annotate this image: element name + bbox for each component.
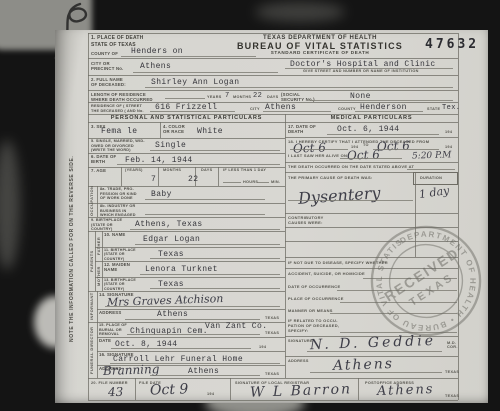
file-number-value: 43: [108, 385, 124, 400]
institution-note: GIVE STREET AND NUMBER OR NAME OF INSTIT…: [303, 69, 419, 73]
mother-maiden-value: Lenora Turknet: [145, 265, 218, 274]
blank-line: [165, 98, 205, 99]
birthplace-value: Athens, Texas: [135, 220, 203, 229]
trade-label: 8a. TRADE, PRO- FESSION OR KIND OF WORK …: [100, 187, 137, 201]
last-saw-date-value: Oct 6: [347, 147, 380, 162]
grid-line: [88, 75, 458, 76]
blank-line: [310, 372, 442, 373]
grid-line: [285, 114, 286, 378]
blank-line: [290, 149, 348, 150]
medical-particulars-bar: MEDICAL PARTICULARS: [285, 115, 458, 121]
blank-line: [117, 164, 280, 165]
grid-line: [88, 58, 458, 59]
funeral-director-strip: FUNERAL DIRECTOR: [89, 323, 94, 377]
age-min-label: MIN.: [271, 180, 280, 184]
form-border-bottom: [88, 400, 458, 401]
reverse-side-note: NOTE THE INFORMATION CALLED FOR ON THE R…: [69, 102, 75, 342]
blank-line: [127, 334, 260, 335]
full-name-label: 2. FULL NAME OF DECEASED:: [91, 77, 126, 88]
grid-line: [88, 378, 458, 379]
mother-maiden-label: 12. MAIDEN NAME: [104, 262, 130, 273]
father-name-value: Edgar Logan: [143, 235, 200, 244]
age-years-label: (YEARS): [125, 168, 143, 172]
texas-small-label: TEXAS: [265, 316, 279, 320]
informant-address-label: ADDRESS: [99, 310, 121, 315]
residence-label: RESIDENCE OF ( STREET THE DECEASED ( AND…: [91, 104, 144, 113]
physician-address-label: ADDRESS: [288, 359, 309, 363]
county-small-label: COUNTY: [338, 107, 356, 111]
blank-line: [150, 258, 280, 259]
state-small-label: STATE: [427, 107, 440, 111]
blank-line: [150, 111, 235, 112]
grid-line: [285, 162, 458, 163]
state-of-texas-label: STATE OF TEXAS: [91, 42, 136, 49]
grid-line: [121, 167, 122, 186]
blank-line: [407, 169, 455, 170]
age-less-than-day-label: IF LESS THAN 1 DAY: [223, 168, 266, 172]
father-strip: FATHER: [96, 232, 101, 260]
mother-strip: MOTHER: [96, 262, 101, 290]
race-value: White: [197, 127, 223, 136]
father-name-label: 10. NAME: [104, 232, 125, 237]
blank-line: [263, 111, 331, 112]
grid-line: [230, 378, 231, 400]
age-months-value: 7: [151, 175, 156, 184]
occupation-strip: OCCUPATION: [89, 187, 94, 216]
blank-line: [121, 56, 256, 57]
year-suffix: 194: [207, 392, 214, 396]
months-label: MONTHS: [233, 95, 251, 99]
blank-line: [223, 182, 241, 183]
parents-strip: PARENTS: [89, 232, 94, 290]
personal-particulars-bar: PERSONAL AND STATISTICAL PARTICULARS: [88, 115, 285, 121]
residence-days-value: 22: [253, 92, 262, 100]
year-suffix: 194: [259, 345, 266, 349]
age-label: 7. AGE: [91, 168, 106, 173]
related-occupation-label: IF RELATED TO OCCU- PATION OF DECEASED, …: [288, 318, 339, 333]
scan-smudge-left-edge: [0, 140, 20, 270]
duration-value: 1 day: [418, 184, 450, 201]
blank-line: [355, 111, 423, 112]
blank-line: [145, 199, 265, 200]
color-race-label: 4. COLOR OR RACE: [163, 124, 185, 135]
date-of-death-label: 17. DATE OF DEATH: [288, 124, 316, 135]
duration-label: DURATION: [420, 176, 442, 180]
grid-line: [160, 122, 161, 138]
deceased-name-value: Shirley Ann Logan: [151, 78, 239, 87]
city-small-label: CITY: [250, 107, 260, 111]
blank-line: [150, 288, 280, 289]
blank-line: [327, 134, 439, 135]
grid-line: [97, 291, 98, 378]
grid-line: [88, 122, 458, 123]
texas-small-label: TEXAS: [445, 370, 459, 374]
grid-line: [97, 186, 98, 217]
age-hours-label: HOURS: [243, 180, 258, 184]
blank-line: [257, 182, 269, 183]
grid-line: [102, 231, 103, 291]
city-precinct-label: CITY OR PRECINCT No.: [91, 61, 123, 72]
time-of-death-value: 5:20 P.M: [412, 150, 452, 161]
burial-county-value: Van Zant Co.: [205, 322, 267, 331]
blank-line: [288, 200, 413, 201]
attended-to-value: Oct 6: [377, 138, 410, 153]
grid-line: [285, 137, 458, 138]
manner-or-means-label: MANNER OR MEANS: [288, 308, 333, 313]
mother-birthplace-label: 13. BIRTHPLACE (STATE OR COUNTRY): [104, 278, 136, 291]
blank-line: [140, 274, 280, 275]
industry-label: 8b. INDUSTRY OR BUSINESS IN WHICH ENGAGE…: [100, 204, 136, 218]
grid-line: [135, 378, 136, 400]
blank-line: [310, 100, 453, 101]
blank-line: [150, 150, 280, 151]
county-of-label: COUNTY OF: [91, 51, 118, 56]
age-months-label: MONTHS: [163, 168, 181, 172]
marital-value: Single: [155, 141, 186, 150]
texas-small-label: TEXAS: [265, 372, 279, 376]
death-occurred-label: THE DEATH OCCURRED ON THE DATE STATED AB…: [288, 164, 414, 169]
md-cor-label: M.D. COR.: [447, 341, 458, 349]
blank-line: [145, 214, 265, 215]
city-value: Athens: [140, 62, 171, 71]
primary-cause-label: THE PRIMARY CAUSE OF DEATH WAS:: [288, 175, 373, 180]
grid-line: [218, 167, 219, 186]
last-saw-alive-label: I LAST SAW HER ALIVE ON: [288, 153, 347, 158]
burial-date-label: DATE: [99, 338, 111, 343]
days-label: DAYS: [267, 95, 278, 99]
grid-line: [97, 309, 285, 310]
contributory-label: CONTRIBUTORY CAUSES WERE:: [288, 215, 324, 225]
standard-certificate-title: STANDARD CERTIFICATE OF DEATH: [225, 50, 415, 55]
ssn-label: (SOCIAL SECURITY No.): [281, 92, 315, 103]
blank-line: [111, 348, 251, 349]
residence-months-value: 7: [225, 92, 230, 100]
blank-line: [133, 72, 278, 73]
grid-line: [358, 378, 359, 400]
blank-line: [130, 229, 280, 230]
year-suffix: 194: [445, 130, 452, 134]
length-of-residence-label: LENGTH OF RESIDENCE WHERE DEATH OCCURRED: [91, 92, 153, 103]
form-border-top: [88, 33, 458, 34]
years-label: YEARS: [207, 95, 222, 99]
date-of-occurrence-label: DATE OF OCCURRENCE: [288, 284, 340, 289]
cause-of-death-value: Dysentery: [297, 183, 381, 208]
postoffice-address-value: Athens: [377, 382, 435, 399]
registrar-signature-value: W L Barron: [250, 381, 353, 401]
texas-small-label: TEXAS: [445, 394, 459, 398]
marital-status-label: 5. SINGLE, MARRIED, WID- OWED OR DIVORCE…: [91, 139, 145, 153]
father-birthplace-label: 11. BIRTHPLACE (STATE OR COUNTRY): [104, 248, 136, 261]
texas-small-label: TEXAS: [265, 331, 279, 335]
burial-place-label: 15. PLACE OF BURIAL OR REMOVAL: [99, 323, 127, 337]
blank-line: [135, 244, 280, 245]
to-label: TO: [363, 143, 369, 147]
age-days-value: 22: [188, 175, 198, 184]
trade-value: Baby: [151, 190, 172, 199]
sex-value: Fema le: [101, 127, 137, 136]
blank-line: [125, 319, 260, 320]
informant-strip: INFORMANT: [89, 292, 94, 321]
form-border-right: [458, 33, 459, 400]
place-of-death-label: 1. PLACE OF DEATH: [91, 35, 143, 42]
date-of-death-value: Oct. 6, 1944: [337, 125, 399, 134]
blank-line: [145, 87, 453, 88]
informant-address-value: Athens: [157, 310, 188, 319]
age-days-label: DAYS: [201, 168, 212, 172]
place-of-occurrence-label: PLACE OF OCCURRENCE: [288, 296, 344, 301]
county-value: Henders on: [131, 47, 183, 56]
date-of-birth-label: 6. DATE OF BIRTH: [91, 154, 116, 165]
grid-line: [158, 167, 159, 186]
certificate-serial-number: 47632: [425, 37, 479, 52]
blank-line: [373, 149, 439, 150]
file-date-value: Oct 9: [150, 381, 189, 398]
blank-line: [105, 306, 280, 307]
blank-line: [150, 375, 260, 376]
year-suffix: 194: [445, 145, 452, 149]
blank-line: [340, 158, 402, 159]
scan-smudge-top-center: [255, 2, 345, 22]
residence-state-value: Tex.: [442, 104, 460, 112]
birthplace-label: 9. BIRTHPLACE (STATE OR COUNTRY): [91, 218, 122, 232]
grid-line: [88, 90, 458, 91]
scanned-death-certificate: { "serial": "47632", "yr": "194", "texas…: [0, 0, 500, 411]
certificate-sheet: NOTE THE INFORMATION CALLED FOR ON THE R…: [55, 30, 488, 403]
